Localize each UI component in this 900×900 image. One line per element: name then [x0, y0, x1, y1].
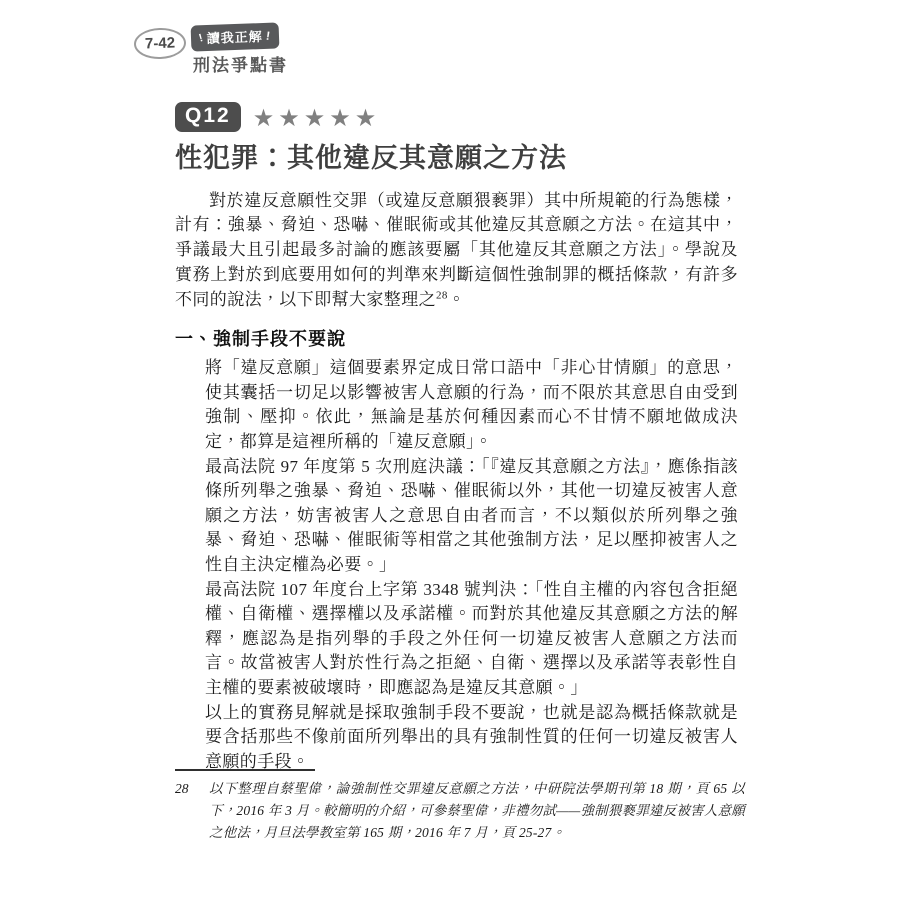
- page-number-oval: 7-42: [133, 27, 186, 60]
- question-header: Q12 ★★★★★: [175, 101, 738, 133]
- book-page: 7-42 ! 讀我正解 ! 刑法爭點書 Q12 ★★★★★ 性犯罪：其他違反其意…: [0, 0, 900, 900]
- section-paragraph: 最高法院 107 年度台上字第 3348 號判決：「性自主權的內容包含拒絕權、自…: [205, 578, 738, 701]
- footnote-separator: [175, 769, 315, 771]
- series-badge: ! 讀我正解 !: [191, 22, 280, 51]
- series-badge-label: 讀我正解: [206, 26, 263, 47]
- section-paragraph: 將「違反意願」這個要素界定成日常口語中「非心甘情願」的意思，使其囊括一切足以影響…: [205, 356, 738, 454]
- footnote-area: 28 以下整理自蔡聖偉，論強制性交罪違反意願之方法，中研院法學期刊第 18 期，…: [175, 769, 745, 844]
- running-head: 7-42 ! 讀我正解 ! 刑法爭點書: [0, 0, 900, 90]
- section-paragraph: 以上的實務見解就是採取強制手段不要說，也就是認為概括條款就是要含括那些不像前面所…: [205, 701, 738, 775]
- exclamation-mark-icon: !: [265, 28, 272, 43]
- section-paragraph: 最高法院 97 年度第 5 次刑庭決議：「『違反其意願之方法』，應係指該條所列舉…: [205, 455, 738, 578]
- footnote: 28 以下整理自蔡聖偉，論強制性交罪違反意願之方法，中研院法學期刊第 18 期，…: [175, 778, 745, 844]
- footnote-text: 以下整理自蔡聖偉，論強制性交罪違反意願之方法，中研院法學期刊第 18 期，頁 6…: [209, 778, 745, 844]
- main-content: Q12 ★★★★★ 性犯罪：其他違反其意願之方法 對於違反意願性交罪（或違反意願…: [175, 101, 738, 774]
- question-number-badge: Q12: [175, 102, 241, 132]
- footnote-reference: 28: [436, 289, 448, 301]
- page-number: 7-42: [145, 34, 176, 52]
- footnote-number: 28: [175, 778, 209, 800]
- difficulty-stars-icon: ★★★★★: [253, 104, 381, 130]
- intro-paragraph: 對於違反意願性交罪（或違反意願猥褻罪）其中所規範的行為態樣，計有：強暴、脅迫、恐…: [175, 189, 738, 313]
- section-heading: 一、強制手段不要說: [175, 325, 738, 351]
- book-title: 刑法爭點書: [193, 51, 288, 76]
- exclamation-mark-icon: !: [197, 31, 205, 44]
- intro-text-end: 。: [448, 290, 465, 309]
- section-body: 將「違反意願」這個要素界定成日常口語中「非心甘情願」的意思，使其囊括一切足以影響…: [205, 356, 738, 774]
- question-title: 性犯罪：其他違反其意願之方法: [175, 142, 738, 176]
